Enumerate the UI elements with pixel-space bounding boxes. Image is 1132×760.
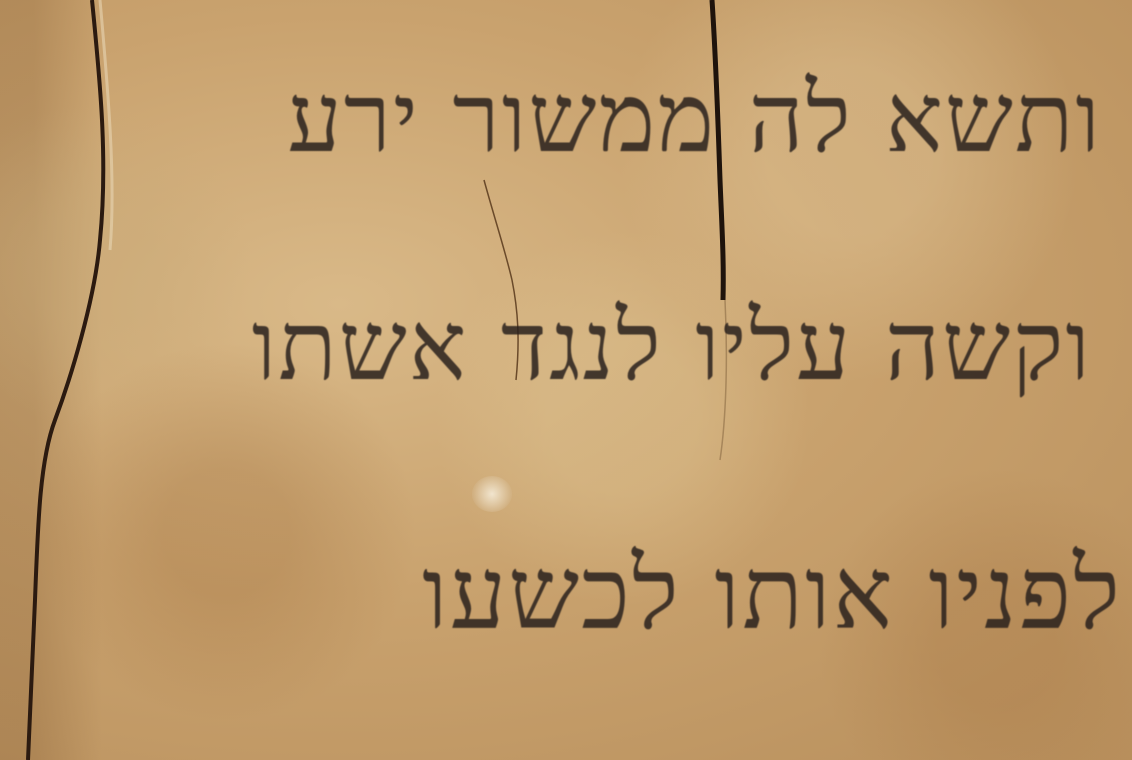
- parchment-light-spot: [472, 476, 512, 512]
- manuscript-line-1: ותשא לה ממשור ירע: [287, 62, 1102, 174]
- manuscript-line-2: וקשה עליו לנגד אשתו: [252, 290, 1092, 402]
- manuscript-line-3: לפניו אותו לכשעו: [422, 535, 1122, 652]
